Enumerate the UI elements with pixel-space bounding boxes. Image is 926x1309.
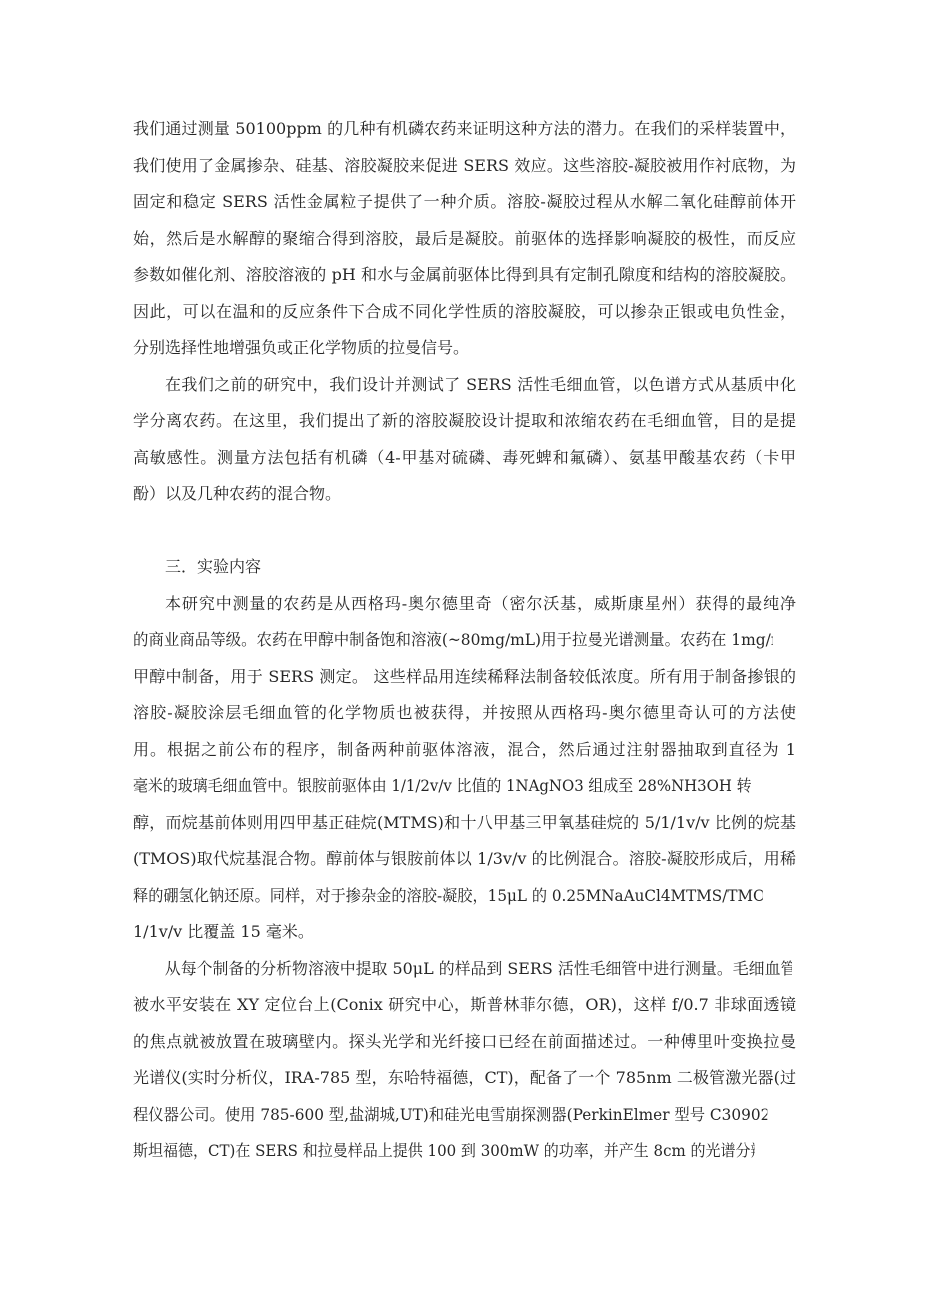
text-line: 学分离农药。在这里，我们提出了新的溶胶凝胶设计提取和浓缩农药在毛细血管，目的是提 (133, 403, 796, 440)
text-line: 我们通过测量 50100ppm 的几种有机磷农药来证明这种方法的潜力。在我们的采… (133, 111, 796, 148)
text-line: (TMOS)取代烷基混合物。醇前体与银胺前体以 1/3v/v 的比例混合。溶胶-… (133, 841, 796, 878)
text-line: 参数如催化剂、溶胶溶液的 pH 和水与金属前驱体比得到具有定制孔隙度和结构的溶胶… (133, 257, 796, 294)
text-column: 我们通过测量 50100ppm 的几种有机磷农药来证明这种方法的潜力。在我们的采… (133, 111, 796, 1170)
text-line: 溶胶-凝胶涂层毛细血管的化学物质也被获得，并按照从西格玛-奥尔德里奇认可的方法使 (133, 695, 796, 732)
body-paragraph: 我们通过测量 50100ppm 的几种有机磷农药来证明这种方法的潜力。在我们的采… (133, 111, 796, 367)
body-paragraph: 从每个制备的分析物溶液中提取 50μL 的样品到 SERS 活性毛细管中进行测量… (133, 951, 796, 1170)
text-line: 酚）以及几种农药的混合物。 (133, 476, 796, 513)
text-line: 高敏感性。测量方法包括有机磷（4-甲基对硫磷、毒死蜱和氟磷）、氨基甲酸基农药（卡… (133, 440, 796, 477)
text-line: 甲醇中制备，用于 SERS 测定。 这些样品用连续稀释法制备较低浓度。所有用于制… (133, 659, 796, 696)
text-line: 从每个制备的分析物溶液中提取 50μL 的样品到 SERS 活性毛细管中进行测量… (133, 951, 792, 988)
text-line: 的焦点就被放置在玻璃壁内。探头光学和光纤接口已经在前面描述过。一种傅里叶变换拉曼 (133, 1024, 796, 1061)
text-line: 被水平安装在 XY 定位台上(Conix 研究中心，斯普林菲尔德，OR)，这样 … (133, 987, 796, 1024)
text-line: 我们使用了金属掺杂、硅基、溶胶凝胶来促进 SERS 效应。这些溶胶-凝胶被用作衬… (133, 148, 796, 185)
text-line: 释的硼氢化钠还原。同样，对于掺杂金的溶胶-凝胶，15μL 的 0.25MNaAu… (133, 878, 763, 915)
text-line: 毫米的玻璃毛细血管中。银胺前驱体由 1/1/2v/v 比值的 1NAgNO3 组… (133, 768, 751, 805)
text-line: 斯坦福德，CT)在 SERS 和拉曼样品上提供 100 到 300mW 的功率，… (133, 1133, 755, 1170)
text-line: 用。根据之前公布的程序，制备两种前驱体溶液，混合，然后通过注射器抽取到直径为 1 (133, 732, 796, 769)
text-line: 分别选择性地增强负或正化学物质的拉曼信号。 (133, 330, 796, 367)
text-line: 程仪器公司。使用 785-600 型,盐湖城,UT)和硅光电雪崩探测器(Perk… (133, 1097, 767, 1134)
text-line: 光谱仪(实时分析仪，IRA-785 型，东哈特福德，CT)，配备了一个 785n… (133, 1060, 796, 1097)
text-line: 固定和稳定 SERS 活性金属粒子提供了一种介质。溶胶-凝胶过程从水解二氧化硅醇… (133, 184, 796, 221)
text-line: 的商业商品等级。农药在甲醇中制备饱和溶液(~80mg/mL)用于拉曼光谱测量。农… (133, 622, 773, 659)
body-paragraph: 在我们之前的研究中，我们设计并测试了 SERS 活性毛细血管，以色谱方式从基质中… (133, 367, 796, 513)
document-page: 我们通过测量 50100ppm 的几种有机磷农药来证明这种方法的潜力。在我们的采… (0, 0, 926, 1309)
text-line: 醇，而烷基前体则用四甲基正硅烷(MTMS)和十八甲基三甲氧基硅烷的 5/1/1v… (133, 805, 796, 842)
text-line: 在我们之前的研究中，我们设计并测试了 SERS 活性毛细血管，以色谱方式从基质中… (133, 367, 796, 404)
body-paragraph: 本研究中测量的农药是从西格玛-奥尔德里奇（密尔沃基，威斯康星州）获得的最纯净的商… (133, 586, 796, 951)
section-heading: 三．实验内容 (133, 549, 796, 586)
text-line: 因此，可以在温和的反应条件下合成不同化学性质的溶胶凝胶，可以掺杂正银或电负性金， (133, 294, 796, 331)
text-line: 1/1v/v 比覆盖 15 毫米。 (133, 914, 796, 951)
heading-text-line: 三．实验内容 (133, 549, 796, 586)
text-line: 始，然后是水解醇的聚缩合得到溶胶，最后是凝胶。前驱体的选择影响凝胶的极性，而反应 (133, 221, 796, 258)
text-line: 本研究中测量的农药是从西格玛-奥尔德里奇（密尔沃基，威斯康星州）获得的最纯净 (133, 586, 796, 623)
